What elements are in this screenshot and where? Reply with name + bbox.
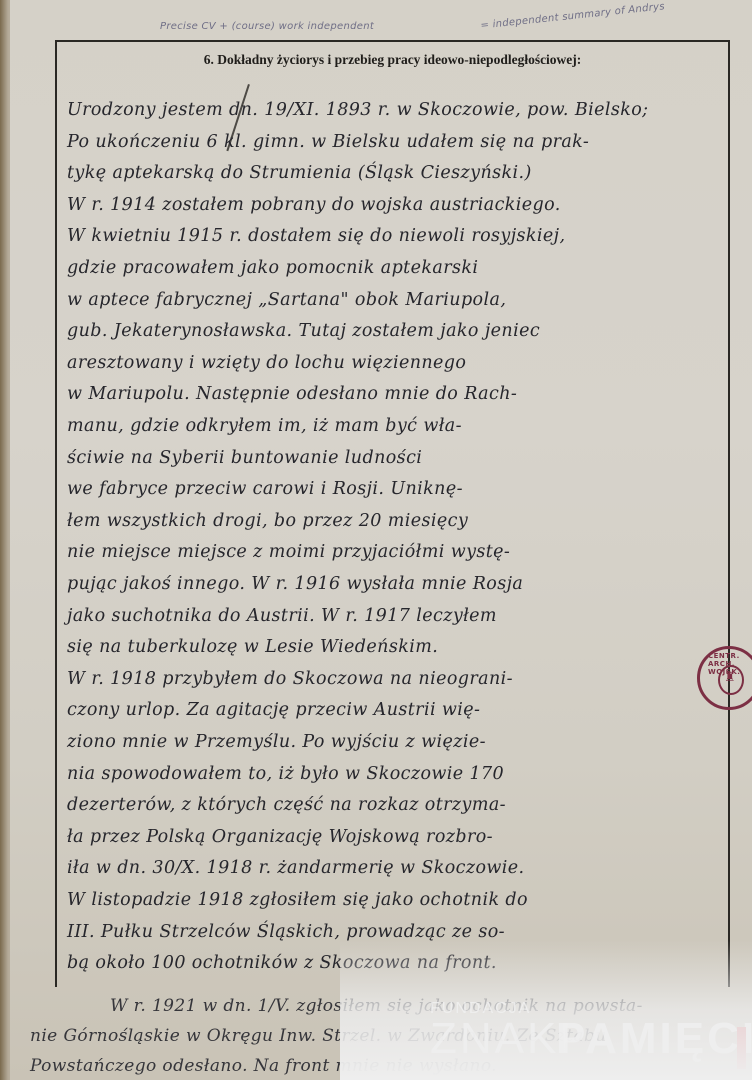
handwritten-line: Urodzony jestem dn. 19/XI. 1893 r. w Sko… bbox=[67, 92, 648, 128]
watermark-accent-bar bbox=[737, 1027, 746, 1069]
handwritten-line: się na tuberkulozę w Lesie Wiedeńskim. bbox=[67, 629, 438, 665]
form-heading: 6. Dokładny życiorys i przebieg pracy id… bbox=[57, 52, 728, 68]
watermark-line2-bold: PAMIĘCI bbox=[556, 1014, 752, 1064]
handwritten-line: nie miejsce miejsce z moimi przyjaciółmi… bbox=[67, 534, 510, 570]
handwritten-line: Po ukończeniu 6 kl. gimn. w Bielsku udał… bbox=[67, 124, 589, 160]
handwritten-line: dezerterów, z których część na rozkaz ot… bbox=[67, 787, 506, 823]
handwritten-line: we fabryce przeciw carowi i Rosji. Unikn… bbox=[67, 471, 463, 507]
handwritten-line-below-box: Powstańczego odesłano. Na front mnie nie… bbox=[30, 1048, 497, 1080]
handwritten-line: W listopadzie 1918 zgłosiłem się jako oc… bbox=[67, 882, 528, 918]
handwritten-line: W r. 1914 zostałem pobrany do wojska aus… bbox=[67, 187, 561, 223]
handwritten-line: w aptece fabrycznej „Sartana" obok Mariu… bbox=[67, 282, 506, 318]
handwritten-line: pując jakoś innego. W r. 1916 wysłała mn… bbox=[67, 566, 523, 602]
handwritten-line: manu, gdzie odkryłem im, iż mam być wła- bbox=[67, 408, 462, 444]
eagle-emblem-icon: ♜ bbox=[724, 670, 736, 685]
handwritten-line: gdzie pracowałem jako pomocnik aptekarsk… bbox=[67, 250, 478, 286]
handwritten-line: tykę aptekarską do Strumienia (Śląsk Cie… bbox=[67, 155, 532, 191]
archive-stamp: CENTR. ARCH. WOJSK. ♜ bbox=[697, 646, 752, 710]
handwritten-line: łem wszystkich drogi, bo przez 20 miesię… bbox=[67, 503, 468, 539]
handwritten-line: nia spowodowałem to, iż było w Skoczowie… bbox=[67, 756, 504, 792]
handwritten-line: gub. Jekaterynosławska. Tutaj zostałem j… bbox=[67, 313, 540, 349]
handwritten-line: aresztowany i wzięty do lochu więzienneg… bbox=[67, 345, 466, 381]
annotation-right: = independent summary of Andrys bbox=[480, 0, 720, 33]
handwritten-line: jako suchotnika do Austrii. W r. 1917 le… bbox=[67, 598, 497, 634]
document-page: Precise CV + (course) work independent =… bbox=[10, 0, 752, 1080]
foundation-watermark: FUNDACJA ZNAKI PAMIĘCI bbox=[430, 1000, 752, 1080]
watermark-line2-light: ZNAKI bbox=[430, 1014, 575, 1064]
handwritten-line: III. Pułku Strzelców Śląskich, prowadząc… bbox=[67, 914, 505, 950]
pencil-annotation: Precise CV + (course) work independent =… bbox=[160, 8, 740, 42]
watermark-line1: FUNDACJA bbox=[430, 1000, 531, 1018]
handwritten-line: iła w dn. 30/X. 1918 r. żandarmerię w Sk… bbox=[67, 850, 525, 886]
handwritten-line: ziono mnie w Przemyślu. Po wyjściu z wię… bbox=[67, 724, 486, 760]
handwritten-line: czony urlop. Za agitację przeciw Austrii… bbox=[67, 692, 480, 728]
annotation-left: Precise CV + (course) work independent bbox=[160, 21, 374, 33]
handwritten-line: ściwie na Syberii buntowanie ludności bbox=[67, 440, 422, 476]
handwritten-line: W kwietniu 1915 r. dostałem się do niewo… bbox=[67, 218, 565, 254]
handwritten-line: W r. 1918 przybyłem do Skoczowa na nieog… bbox=[67, 661, 513, 697]
handwritten-line: ła przez Polską Organizację Wojskową roz… bbox=[67, 819, 493, 855]
handwritten-line: w Mariupolu. Następnie odesłano mnie do … bbox=[67, 376, 517, 412]
handwritten-line: bą około 100 ochotników z Skoczowa na fr… bbox=[67, 945, 497, 981]
